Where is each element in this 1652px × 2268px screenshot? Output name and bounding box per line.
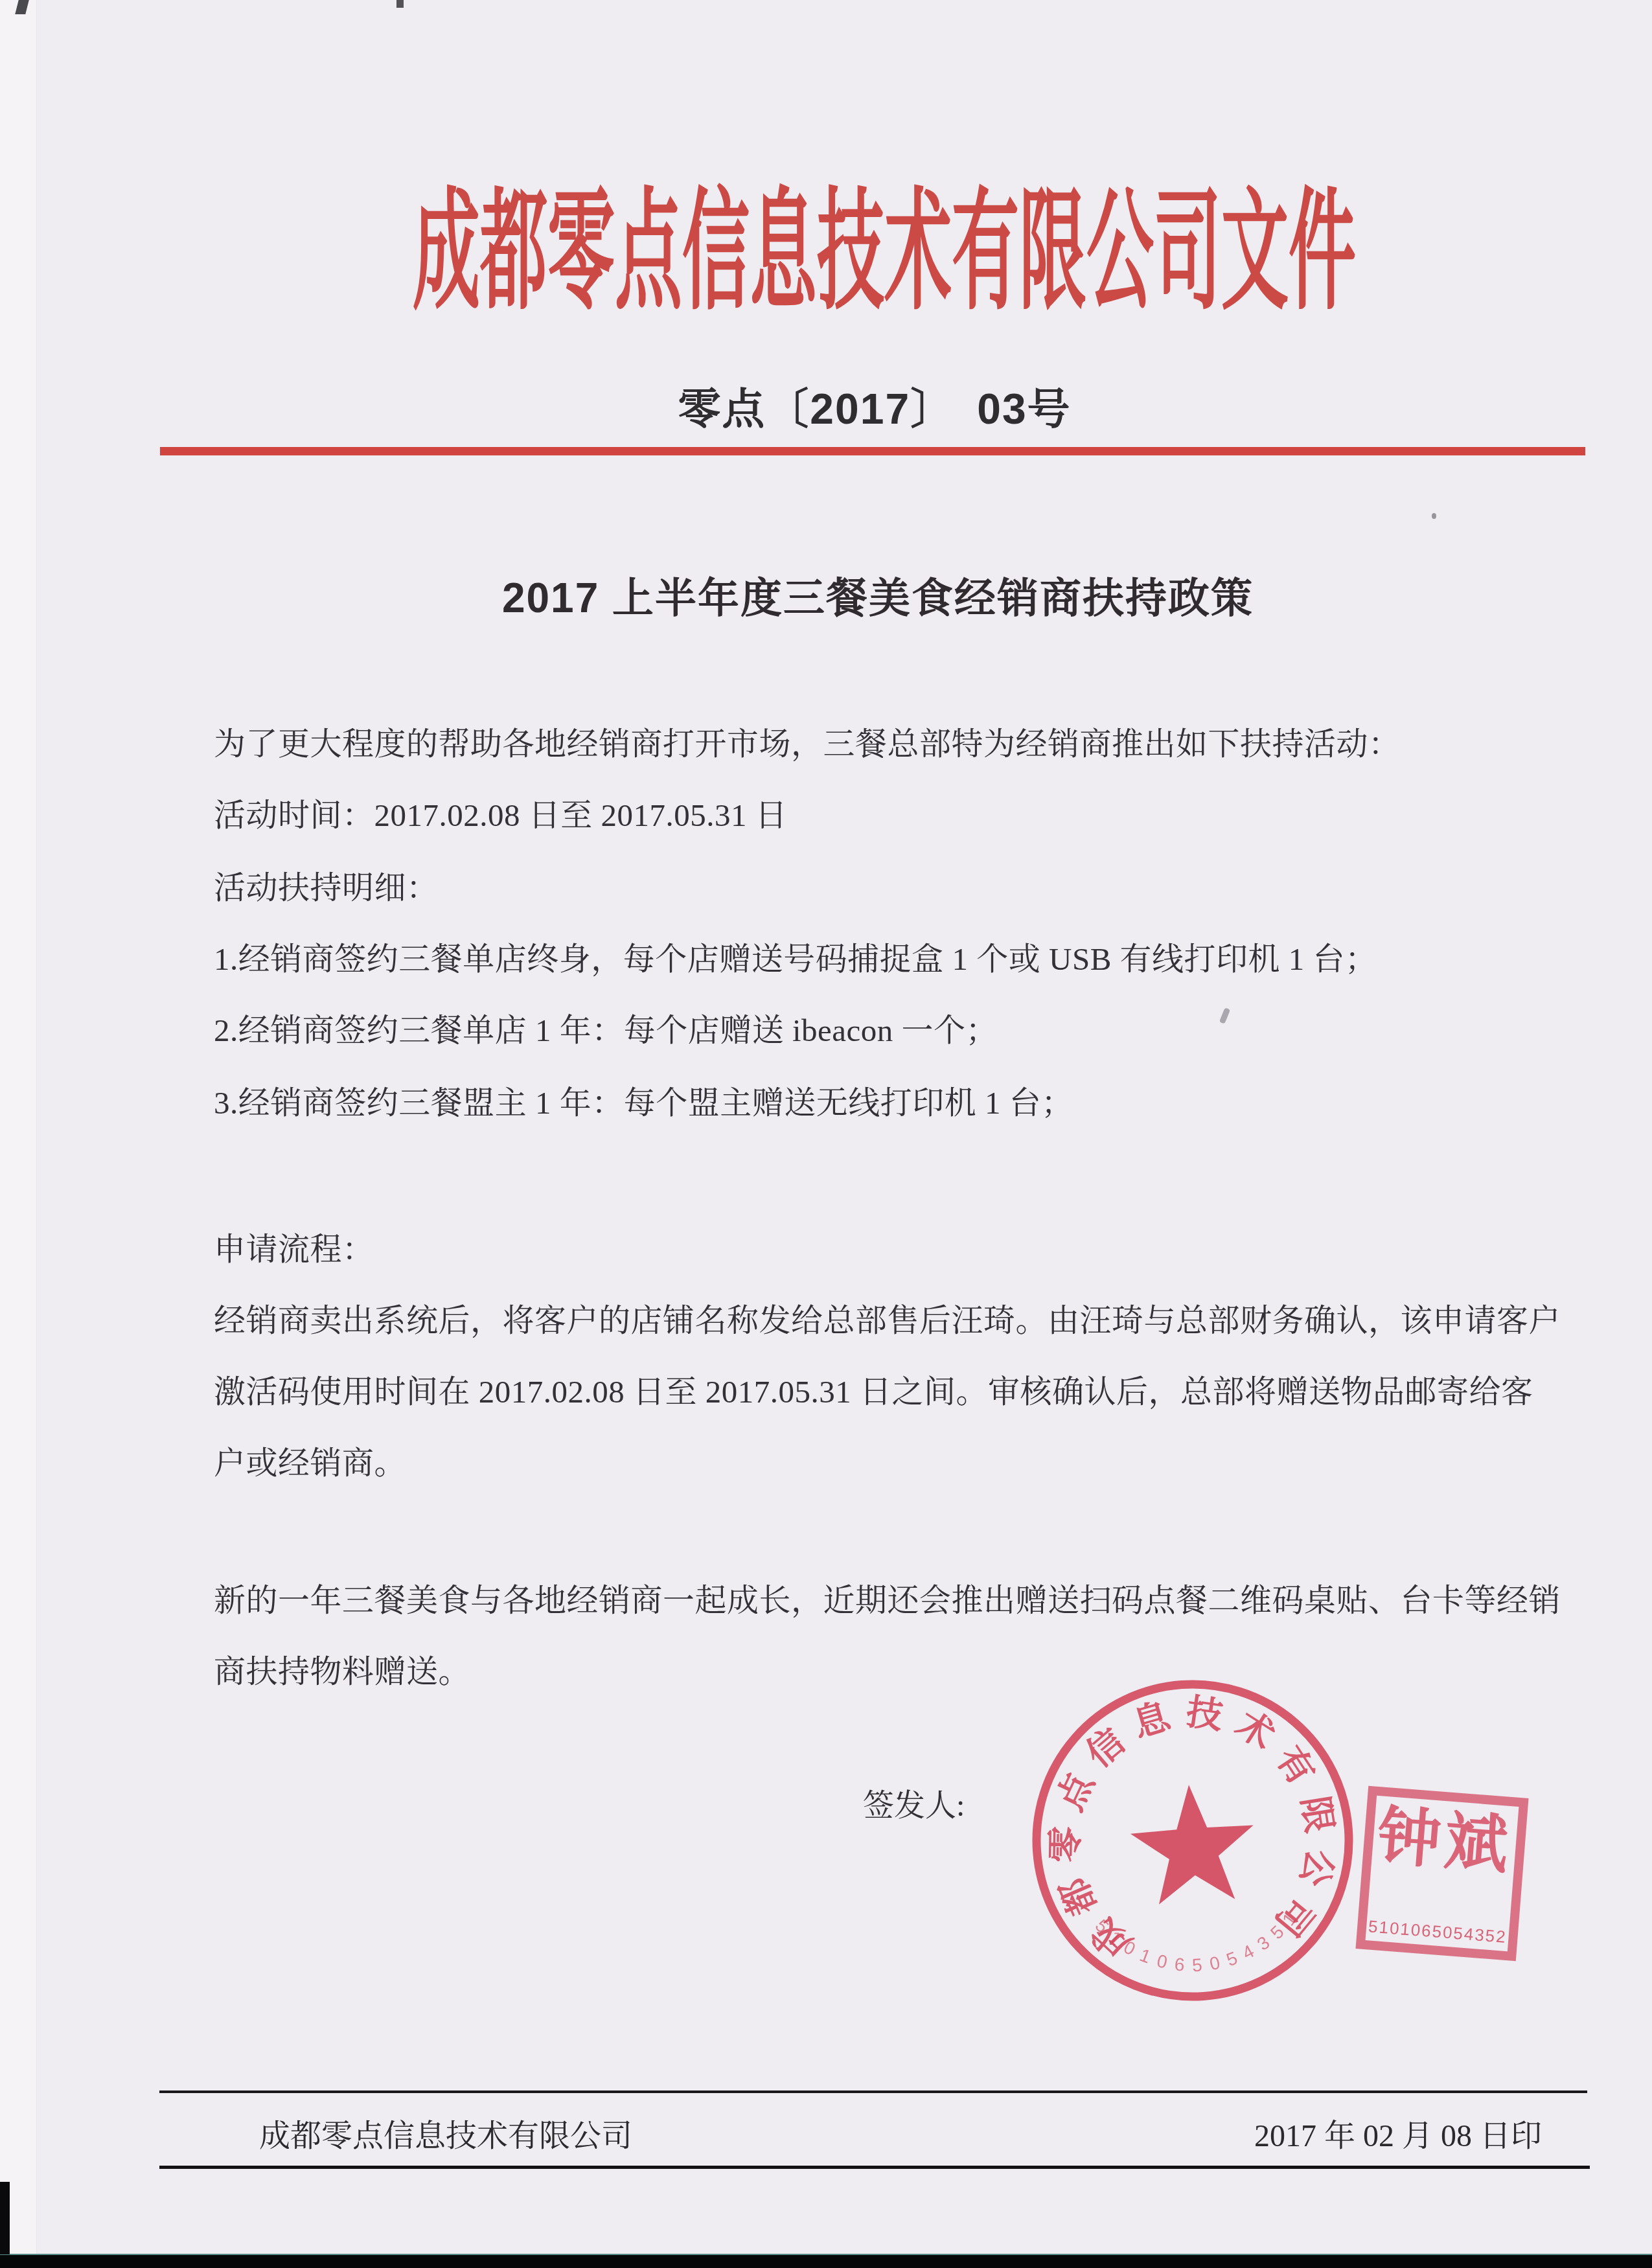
seal-star-icon	[1127, 1781, 1258, 1907]
scan-speck	[1432, 513, 1436, 519]
footer-divider-top	[159, 2090, 1587, 2093]
stamp-serial-text: 5101065054352	[1368, 1916, 1508, 1947]
body-line: 活动时间：2017.02.08 日至 2017.05.31 日	[214, 796, 1509, 836]
footer-divider-bottom	[159, 2166, 1590, 2169]
body-line: 新的一年三餐美食与各地经销商一起成长，近期还会推出赠送扫码点餐二维码桌贴、台卡等…	[214, 1581, 1509, 1621]
body-line: 活动扶持明细：	[214, 868, 1509, 908]
body-line: 3.经销商签约三餐盟主 1 年：每个盟主赠送无线打印机 1 台；	[214, 1083, 1509, 1123]
body-line: 户或经销商。	[214, 1443, 1509, 1483]
scan-corner-artifact	[0, 2182, 10, 2254]
body-line: 1.经销商签约三餐单店终身，每个店赠送号码捕捉盒 1 个或 USB 有线打印机 …	[214, 939, 1509, 979]
signer-name-stamp: 钟斌 5101065054352	[1355, 1786, 1528, 1962]
body-line: 2.经销商签约三餐单店 1 年：每个店赠送 ibeacon 一个；	[214, 1011, 1509, 1051]
scanned-document-page: 成都零点信息技术有限公司文件 零点〔2017〕 03号 2017 上半年度三餐美…	[0, 0, 1652, 2268]
company-letterhead-title: 成都零点信息技术有限公司文件	[389, 145, 1380, 335]
scan-edge-strip	[0, 0, 37, 2268]
footer-print-date: 2017 年 02 月 08 日印	[998, 2111, 1542, 2155]
body-line: 申请流程：	[214, 1230, 1509, 1270]
scan-speck	[396, 0, 404, 8]
footer-company-name: 成都零点信息技术有限公司	[259, 2111, 632, 2155]
body-line: 激活码使用时间在 2017.02.08 日至 2017.05.31 日之间。审核…	[214, 1372, 1509, 1412]
document-title: 2017 上半年度三餐美食经销商扶持政策	[402, 565, 1354, 624]
company-round-seal: 成都零点信息技术有限公司 5101065054351	[1027, 1675, 1359, 2006]
red-divider-rule	[160, 447, 1585, 455]
stamp-name-text: 钟斌	[1375, 1805, 1514, 1879]
signer-label: 签发人:	[863, 1780, 965, 1825]
body-line: 经销商卖出系统后，将客户的店铺名称发给总部售后汪琦。由汪琦与总部财务确认，该申请…	[214, 1301, 1509, 1341]
document-number: 零点〔2017〕 03号	[615, 374, 1134, 436]
scan-bottom-bar	[0, 2254, 1652, 2268]
body-line: 为了更大程度的帮助各地经销商打开市场，三餐总部特为经销商推出如下扶持活动：	[214, 724, 1509, 764]
